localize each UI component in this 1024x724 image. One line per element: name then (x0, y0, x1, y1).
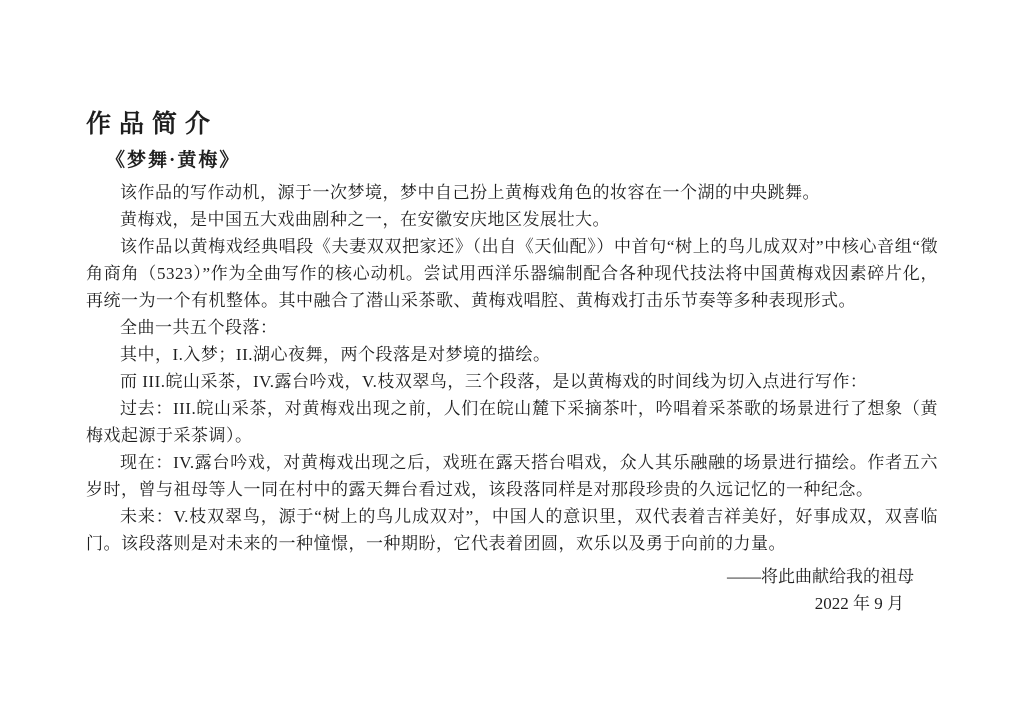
document-page: 作品简介 《梦舞·黄梅》 该作品的写作动机，源于一次梦境，梦中自己扮上黄梅戏角色… (86, 110, 938, 617)
paragraph: 过去：III.皖山采茶，对黄梅戏出现之前，人们在皖山麓下采摘茶叶，吟唱着采茶歌的… (86, 395, 938, 449)
work-title: 《梦舞·黄梅》 (106, 147, 938, 175)
signature-block: ——将此曲献给我的祖母 2022 年 9 月 (86, 563, 938, 617)
paragraph: 现在：IV.露台吟戏，对黄梅戏出现之后，戏班在露天搭台唱戏，众人其乐融融的场景进… (86, 449, 938, 503)
document-body: 该作品的写作动机，源于一次梦境，梦中自己扮上黄梅戏角色的妆容在一个湖的中央跳舞。… (86, 179, 938, 557)
paragraph: 该作品的写作动机，源于一次梦境，梦中自己扮上黄梅戏角色的妆容在一个湖的中央跳舞。 (86, 179, 938, 206)
paragraph: 该作品以黄梅戏经典唱段《夫妻双双把家还》（出自《天仙配》）中首句“树上的鸟儿成双… (86, 233, 938, 314)
paragraph: 其中，I.入梦；II.湖心夜舞，两个段落是对梦境的描绘。 (86, 341, 938, 368)
paragraph: 未来：V.枝双翠鸟，源于“树上的鸟儿成双对”，中国人的意识里，双代表着吉祥美好，… (86, 503, 938, 557)
paragraph: 黄梅戏，是中国五大戏曲剧种之一，在安徽安庆地区发展壮大。 (86, 206, 938, 233)
section-title: 作品简介 (86, 110, 938, 140)
paragraph: 而 III.皖山采茶，IV.露台吟戏，V.枝双翠鸟，三个段落，是以黄梅戏的时间线… (86, 368, 938, 395)
date-line: 2022 年 9 月 (86, 590, 938, 617)
dedication-line: ——将此曲献给我的祖母 (86, 563, 938, 590)
paragraph: 全曲一共五个段落： (86, 314, 938, 341)
